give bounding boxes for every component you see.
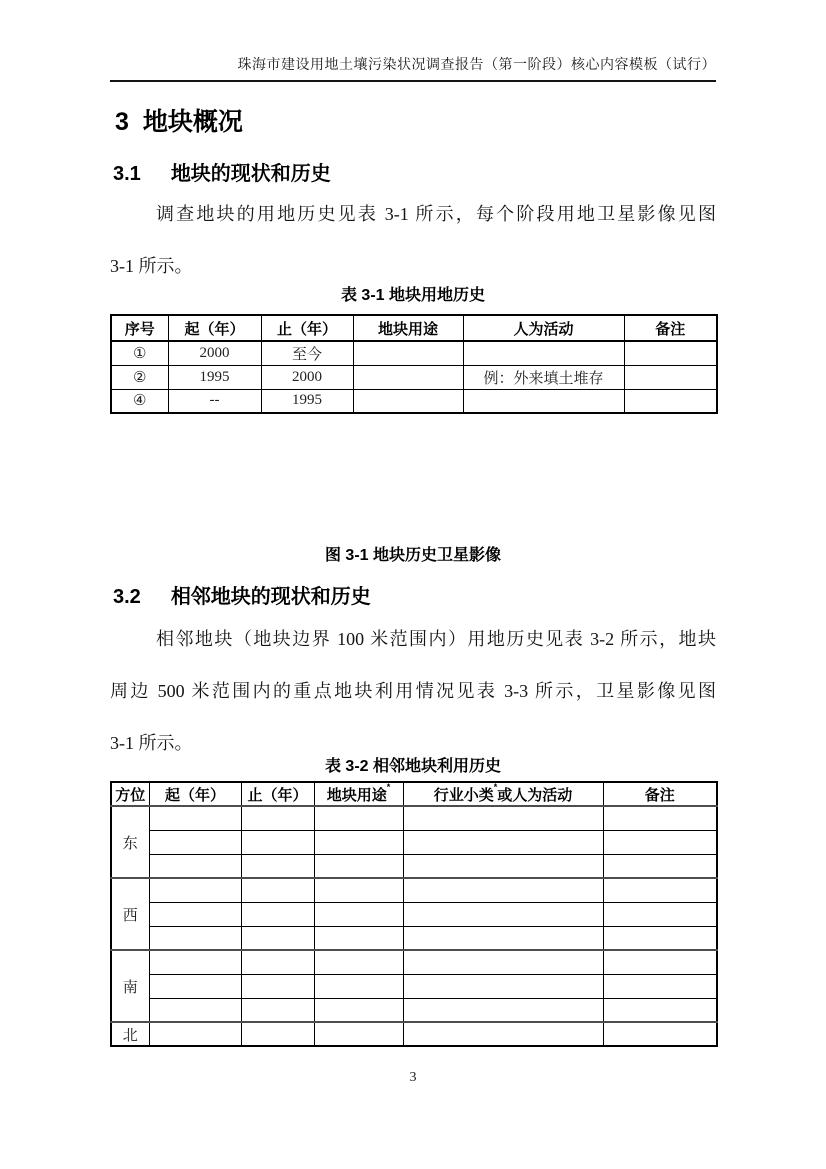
empty-cell (149, 878, 241, 902)
seq-cell: ④ (111, 389, 168, 413)
empty-cell (403, 998, 603, 1022)
paragraph-line: 相邻地块（地块边界 100 米范围内）用地历史见表 3-2 所示，地块 (110, 613, 716, 665)
figure-3-1-caption: 图 3-1 地块历史卫星影像 (110, 546, 716, 566)
table-row: ④ -- 1995 (111, 389, 717, 413)
column-header: 起（年） (149, 782, 241, 806)
empty-cell (603, 830, 717, 854)
table-3-2-body: 东西南北 (111, 806, 717, 1046)
empty-cell (603, 974, 717, 998)
empty-cell (149, 830, 241, 854)
section-heading-3-2: 3.2相邻地块的现状和历史 (113, 580, 719, 609)
column-header: 序号 (111, 315, 168, 341)
empty-cell (314, 854, 403, 878)
table-row: ① 2000 至今 (111, 341, 717, 365)
empty-cell (241, 902, 314, 926)
seq-cell: ① (111, 341, 168, 365)
empty-cell (403, 1022, 603, 1046)
table-3-1: 序号 起（年） 止（年） 地块用途 人为活动 备注 ① 2000 至今 ② 19… (110, 314, 718, 414)
empty-cell (314, 902, 403, 926)
empty-cell (241, 806, 314, 830)
note-cell (624, 389, 717, 413)
column-header: 地块用途* (314, 782, 403, 806)
table-header-row: 方位 起（年） 止（年） 地块用途* 行业小类*或人为活动 备注 (111, 782, 717, 806)
empty-cell (603, 902, 717, 926)
column-header: 备注 (603, 782, 717, 806)
empty-cell (241, 878, 314, 902)
start-year-cell: -- (168, 389, 261, 413)
section-heading-3-1: 3.1地块的现状和历史 (113, 157, 719, 186)
empty-cell (241, 1022, 314, 1046)
seq-cell: ② (111, 365, 168, 389)
heading-title: 地块概况 (143, 108, 243, 136)
empty-cell (149, 950, 241, 974)
empty-cell (314, 926, 403, 950)
table-row (111, 998, 717, 1022)
paragraph-2: 相邻地块（地块边界 100 米范围内）用地历史见表 3-2 所示，地块 周边 5… (110, 613, 716, 769)
empty-cell (314, 974, 403, 998)
activity-cell (463, 389, 624, 413)
page-number: 3 (110, 1070, 716, 1086)
column-header: 止（年） (261, 315, 353, 341)
column-header-text: 或人为活动 (497, 787, 572, 804)
column-header: 备注 (624, 315, 717, 341)
column-header-text: 地块用途 (327, 787, 387, 804)
empty-cell (149, 854, 241, 878)
end-year-cell: 至今 (261, 341, 353, 365)
direction-cell: 南 (111, 950, 149, 1022)
empty-cell (403, 878, 603, 902)
table-row (111, 902, 717, 926)
column-header: 地块用途 (353, 315, 463, 341)
table-row (111, 926, 717, 950)
empty-cell (403, 854, 603, 878)
activity-cell (463, 341, 624, 365)
end-year-cell: 1995 (261, 389, 353, 413)
empty-cell (603, 878, 717, 902)
document-page: 珠海市建设用地土壤污染状况调查报告（第一阶段）核心内容模板（试行） 3地块概况 … (0, 0, 826, 1169)
empty-cell (403, 902, 603, 926)
table-row (111, 854, 717, 878)
column-header: 行业小类*或人为活动 (403, 782, 603, 806)
empty-cell (149, 806, 241, 830)
empty-cell (149, 926, 241, 950)
empty-cell (149, 1022, 241, 1046)
column-header: 人为活动 (463, 315, 624, 341)
paragraph-1: 调查地块的用地历史见表 3-1 所示，每个阶段用地卫星影像见图 3-1 所示。 (110, 188, 716, 292)
table-header-row: 序号 起（年） 止（年） 地块用途 人为活动 备注 (111, 315, 717, 341)
direction-cell: 西 (111, 878, 149, 950)
empty-cell (149, 974, 241, 998)
empty-cell (403, 926, 603, 950)
table-row: 南 (111, 950, 717, 974)
table-row: 西 (111, 878, 717, 902)
heading-number: 3.1 (113, 163, 141, 185)
heading-number: 3 (115, 108, 129, 136)
empty-cell (403, 974, 603, 998)
table-3-2-caption: 表 3-2 相邻地块利用历史 (110, 757, 716, 777)
footnote-asterisk: * (494, 782, 498, 792)
paragraph-line: 3-1 所示。 (110, 240, 716, 292)
empty-cell (241, 830, 314, 854)
column-header: 止（年） (241, 782, 314, 806)
direction-cell: 东 (111, 806, 149, 878)
start-year-cell: 2000 (168, 341, 261, 365)
table-row: ② 1995 2000 例：外来填土堆存 (111, 365, 717, 389)
heading-number: 3.2 (113, 586, 141, 608)
empty-cell (314, 806, 403, 830)
empty-cell (314, 878, 403, 902)
empty-cell (403, 830, 603, 854)
start-year-cell: 1995 (168, 365, 261, 389)
table-row: 东 (111, 806, 717, 830)
empty-cell (241, 998, 314, 1022)
column-header: 起（年） (168, 315, 261, 341)
empty-cell (314, 830, 403, 854)
empty-cell (603, 854, 717, 878)
empty-cell (314, 1022, 403, 1046)
empty-cell (603, 998, 717, 1022)
empty-cell (149, 902, 241, 926)
table-3-2: 方位 起（年） 止（年） 地块用途* 行业小类*或人为活动 备注 东西南北 (110, 781, 718, 1047)
land-use-cell (353, 365, 463, 389)
empty-cell (603, 950, 717, 974)
empty-cell (314, 950, 403, 974)
column-header-text: 行业小类 (434, 787, 494, 804)
footnote-asterisk: * (387, 782, 391, 792)
empty-cell (314, 998, 403, 1022)
empty-cell (603, 1022, 717, 1046)
empty-cell (241, 974, 314, 998)
section-heading-3: 3地块概况 (115, 102, 721, 138)
land-use-cell (353, 341, 463, 365)
empty-cell (603, 806, 717, 830)
table-row (111, 974, 717, 998)
land-use-cell (353, 389, 463, 413)
empty-cell (241, 926, 314, 950)
empty-cell (403, 806, 603, 830)
paragraph-line: 调查地块的用地历史见表 3-1 所示，每个阶段用地卫星影像见图 (110, 188, 716, 240)
end-year-cell: 2000 (261, 365, 353, 389)
empty-cell (241, 950, 314, 974)
empty-cell (149, 998, 241, 1022)
table-row: 北 (111, 1022, 717, 1046)
empty-cell (241, 854, 314, 878)
note-cell (624, 341, 717, 365)
header-rule (110, 80, 716, 82)
heading-title: 地块的现状和历史 (171, 163, 331, 185)
empty-cell (403, 950, 603, 974)
activity-cell: 例：外来填土堆存 (463, 365, 624, 389)
paragraph-line: 周边 500 米范围内的重点地块利用情况见表 3-3 所示，卫星影像见图 (110, 665, 716, 717)
running-header: 珠海市建设用地土壤污染状况调查报告（第一阶段）核心内容模板（试行） (110, 54, 716, 74)
table-row (111, 830, 717, 854)
column-header: 方位 (111, 782, 149, 806)
direction-cell: 北 (111, 1022, 149, 1046)
table-3-1-caption: 表 3-1 地块用地历史 (110, 286, 716, 306)
empty-cell (603, 926, 717, 950)
note-cell (624, 365, 717, 389)
heading-title: 相邻地块的现状和历史 (171, 586, 371, 608)
